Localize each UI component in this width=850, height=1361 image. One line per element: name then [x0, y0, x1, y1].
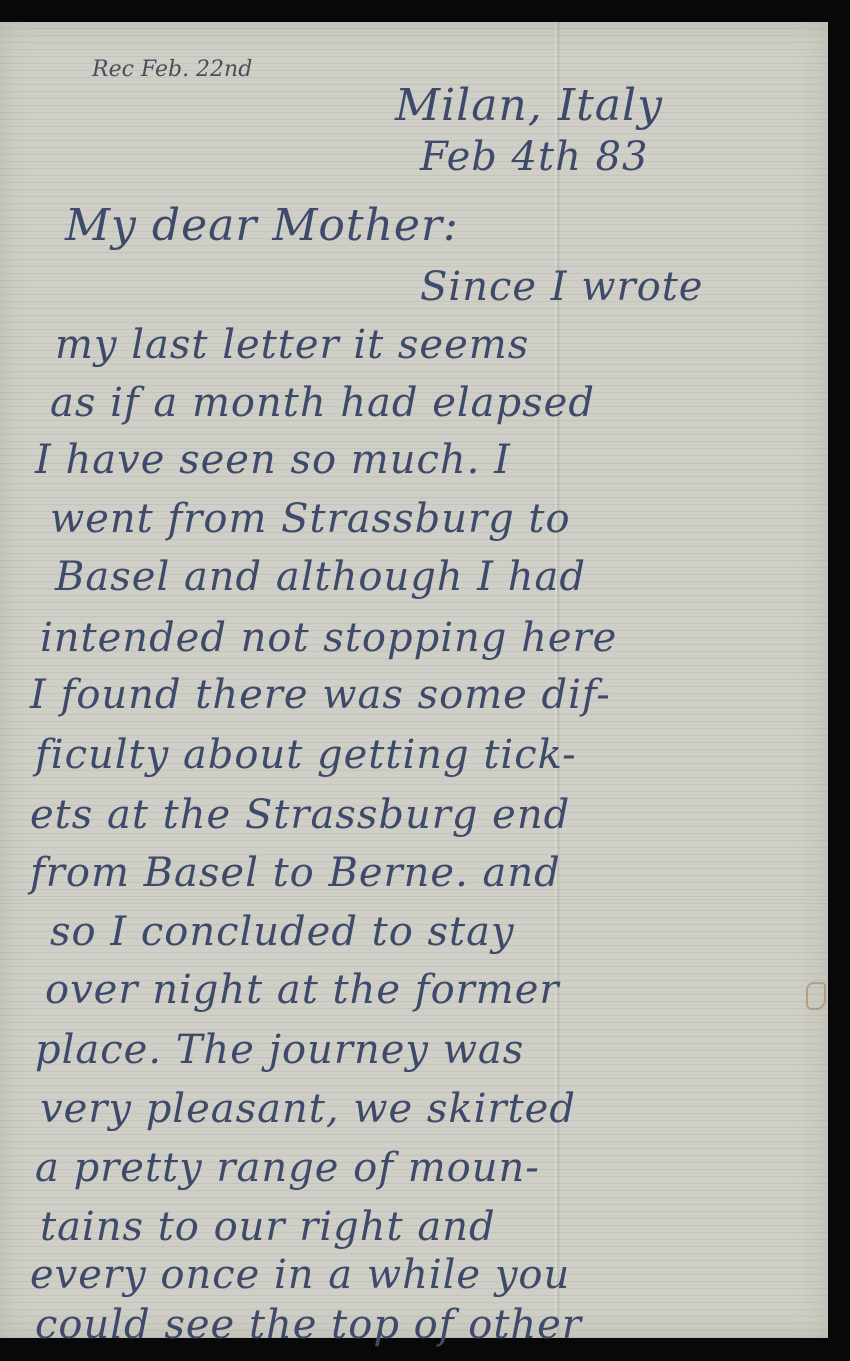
letter-line: a pretty range of moun-: [35, 1145, 540, 1191]
letter-page: Rec Feb. 22nd Milan, Italy Feb 4th 83 My…: [0, 22, 828, 1338]
letter-line: ficulty about getting tick-: [35, 732, 577, 778]
letter-date: Feb 4th 83: [420, 134, 648, 180]
letter-line: very pleasant, we skirted: [40, 1086, 576, 1132]
letter-line: Since I wrote: [420, 264, 703, 310]
letter-line: every once in a while you: [30, 1252, 570, 1298]
letter-line: over night at the former: [45, 967, 560, 1013]
letter-line: I have seen so much. I: [35, 437, 511, 483]
letter-salutation: My dear Mother:: [65, 200, 459, 251]
letter-line: my last letter it seems: [55, 322, 529, 368]
ink-stain: [806, 982, 826, 1010]
letter-line: I found there was some dif-: [30, 672, 611, 718]
letter-line: place. The journey was: [35, 1027, 524, 1073]
letter-line: tains to our right and: [40, 1204, 496, 1250]
letter-line: as if a month had elapsed: [50, 380, 595, 426]
letter-line: went from Strassburg to: [50, 496, 571, 542]
letter-line: intended not stopping here: [40, 615, 617, 661]
letter-line: Basel and although I had: [55, 554, 586, 600]
fold-crease: [0, 898, 828, 900]
letter-line: ets at the Strassburg end: [30, 792, 570, 838]
letter-place: Milan, Italy: [395, 80, 663, 131]
received-annotation: Rec Feb. 22nd: [92, 57, 252, 82]
letter-line: so I concluded to stay: [50, 909, 515, 955]
letter-line: could see the top of other: [35, 1302, 582, 1348]
letter-line: from Basel to Berne. and: [30, 850, 561, 896]
